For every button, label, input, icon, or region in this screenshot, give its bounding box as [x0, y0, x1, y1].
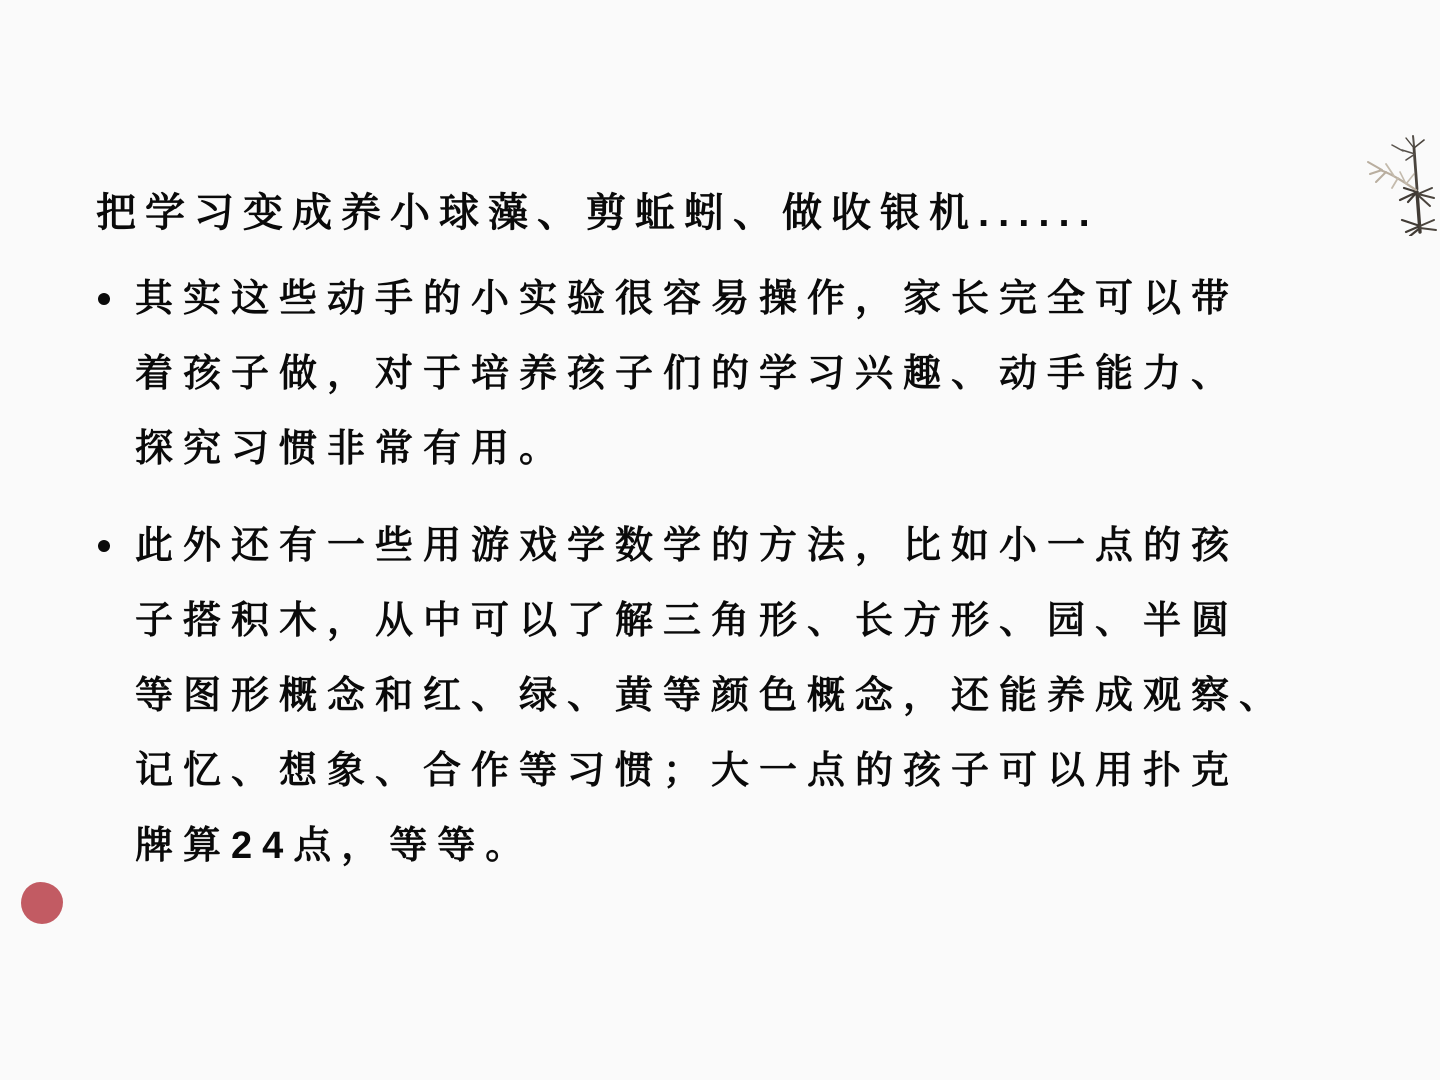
- bullet-text: 其实这些动手的小实验很容易操作，家长完全可以带 着孩子做，对于培养孩子们的学习兴…: [135, 262, 1365, 487]
- text-line: 其实这些动手的小实验很容易操作，家长完全可以带: [135, 262, 1365, 337]
- text-line: 记忆、想象、合作等习惯；大一点的孩子可以用扑克: [135, 734, 1365, 809]
- text-line: 此外还有一些用游戏学数学的方法，比如小一点的孩: [135, 509, 1365, 584]
- text-line: 着孩子做，对于培养孩子们的学习兴趣、动手能力、: [135, 337, 1365, 412]
- bullet-item-2: 此外还有一些用游戏学数学的方法，比如小一点的孩 子搭积木，从中可以了解三角形、长…: [95, 509, 1365, 884]
- bamboo-ink-icon: [1362, 130, 1440, 236]
- bullet-dot-icon: [98, 293, 110, 305]
- red-seal-dot-icon: [21, 882, 63, 924]
- slide-title: 把学习变成养小球藻、剪蚯蚓、做收银机......: [96, 188, 1099, 238]
- bullet-item-1: 其实这些动手的小实验很容易操作，家长完全可以带 着孩子做，对于培养孩子们的学习兴…: [95, 262, 1365, 487]
- text-line: 等图形概念和红、绿、黄等颜色概念，还能养成观察、: [135, 659, 1365, 734]
- text-line: 探究习惯非常有用。: [135, 412, 1365, 487]
- text-line: 子搭积木，从中可以了解三角形、长方形、园、半圆: [135, 584, 1365, 659]
- bullet-text: 此外还有一些用游戏学数学的方法，比如小一点的孩 子搭积木，从中可以了解三角形、长…: [135, 509, 1365, 884]
- text-line: 牌算24点，等等。: [135, 809, 1365, 884]
- bullet-marker: [95, 262, 135, 337]
- bullet-marker: [95, 509, 135, 584]
- presentation-slide: 把学习变成养小球藻、剪蚯蚓、做收银机...... 其实这些动手的小实验很容易操作…: [0, 0, 1440, 1080]
- bullet-dot-icon: [98, 540, 110, 552]
- bullet-list: 其实这些动手的小实验很容易操作，家长完全可以带 着孩子做，对于培养孩子们的学习兴…: [95, 262, 1365, 884]
